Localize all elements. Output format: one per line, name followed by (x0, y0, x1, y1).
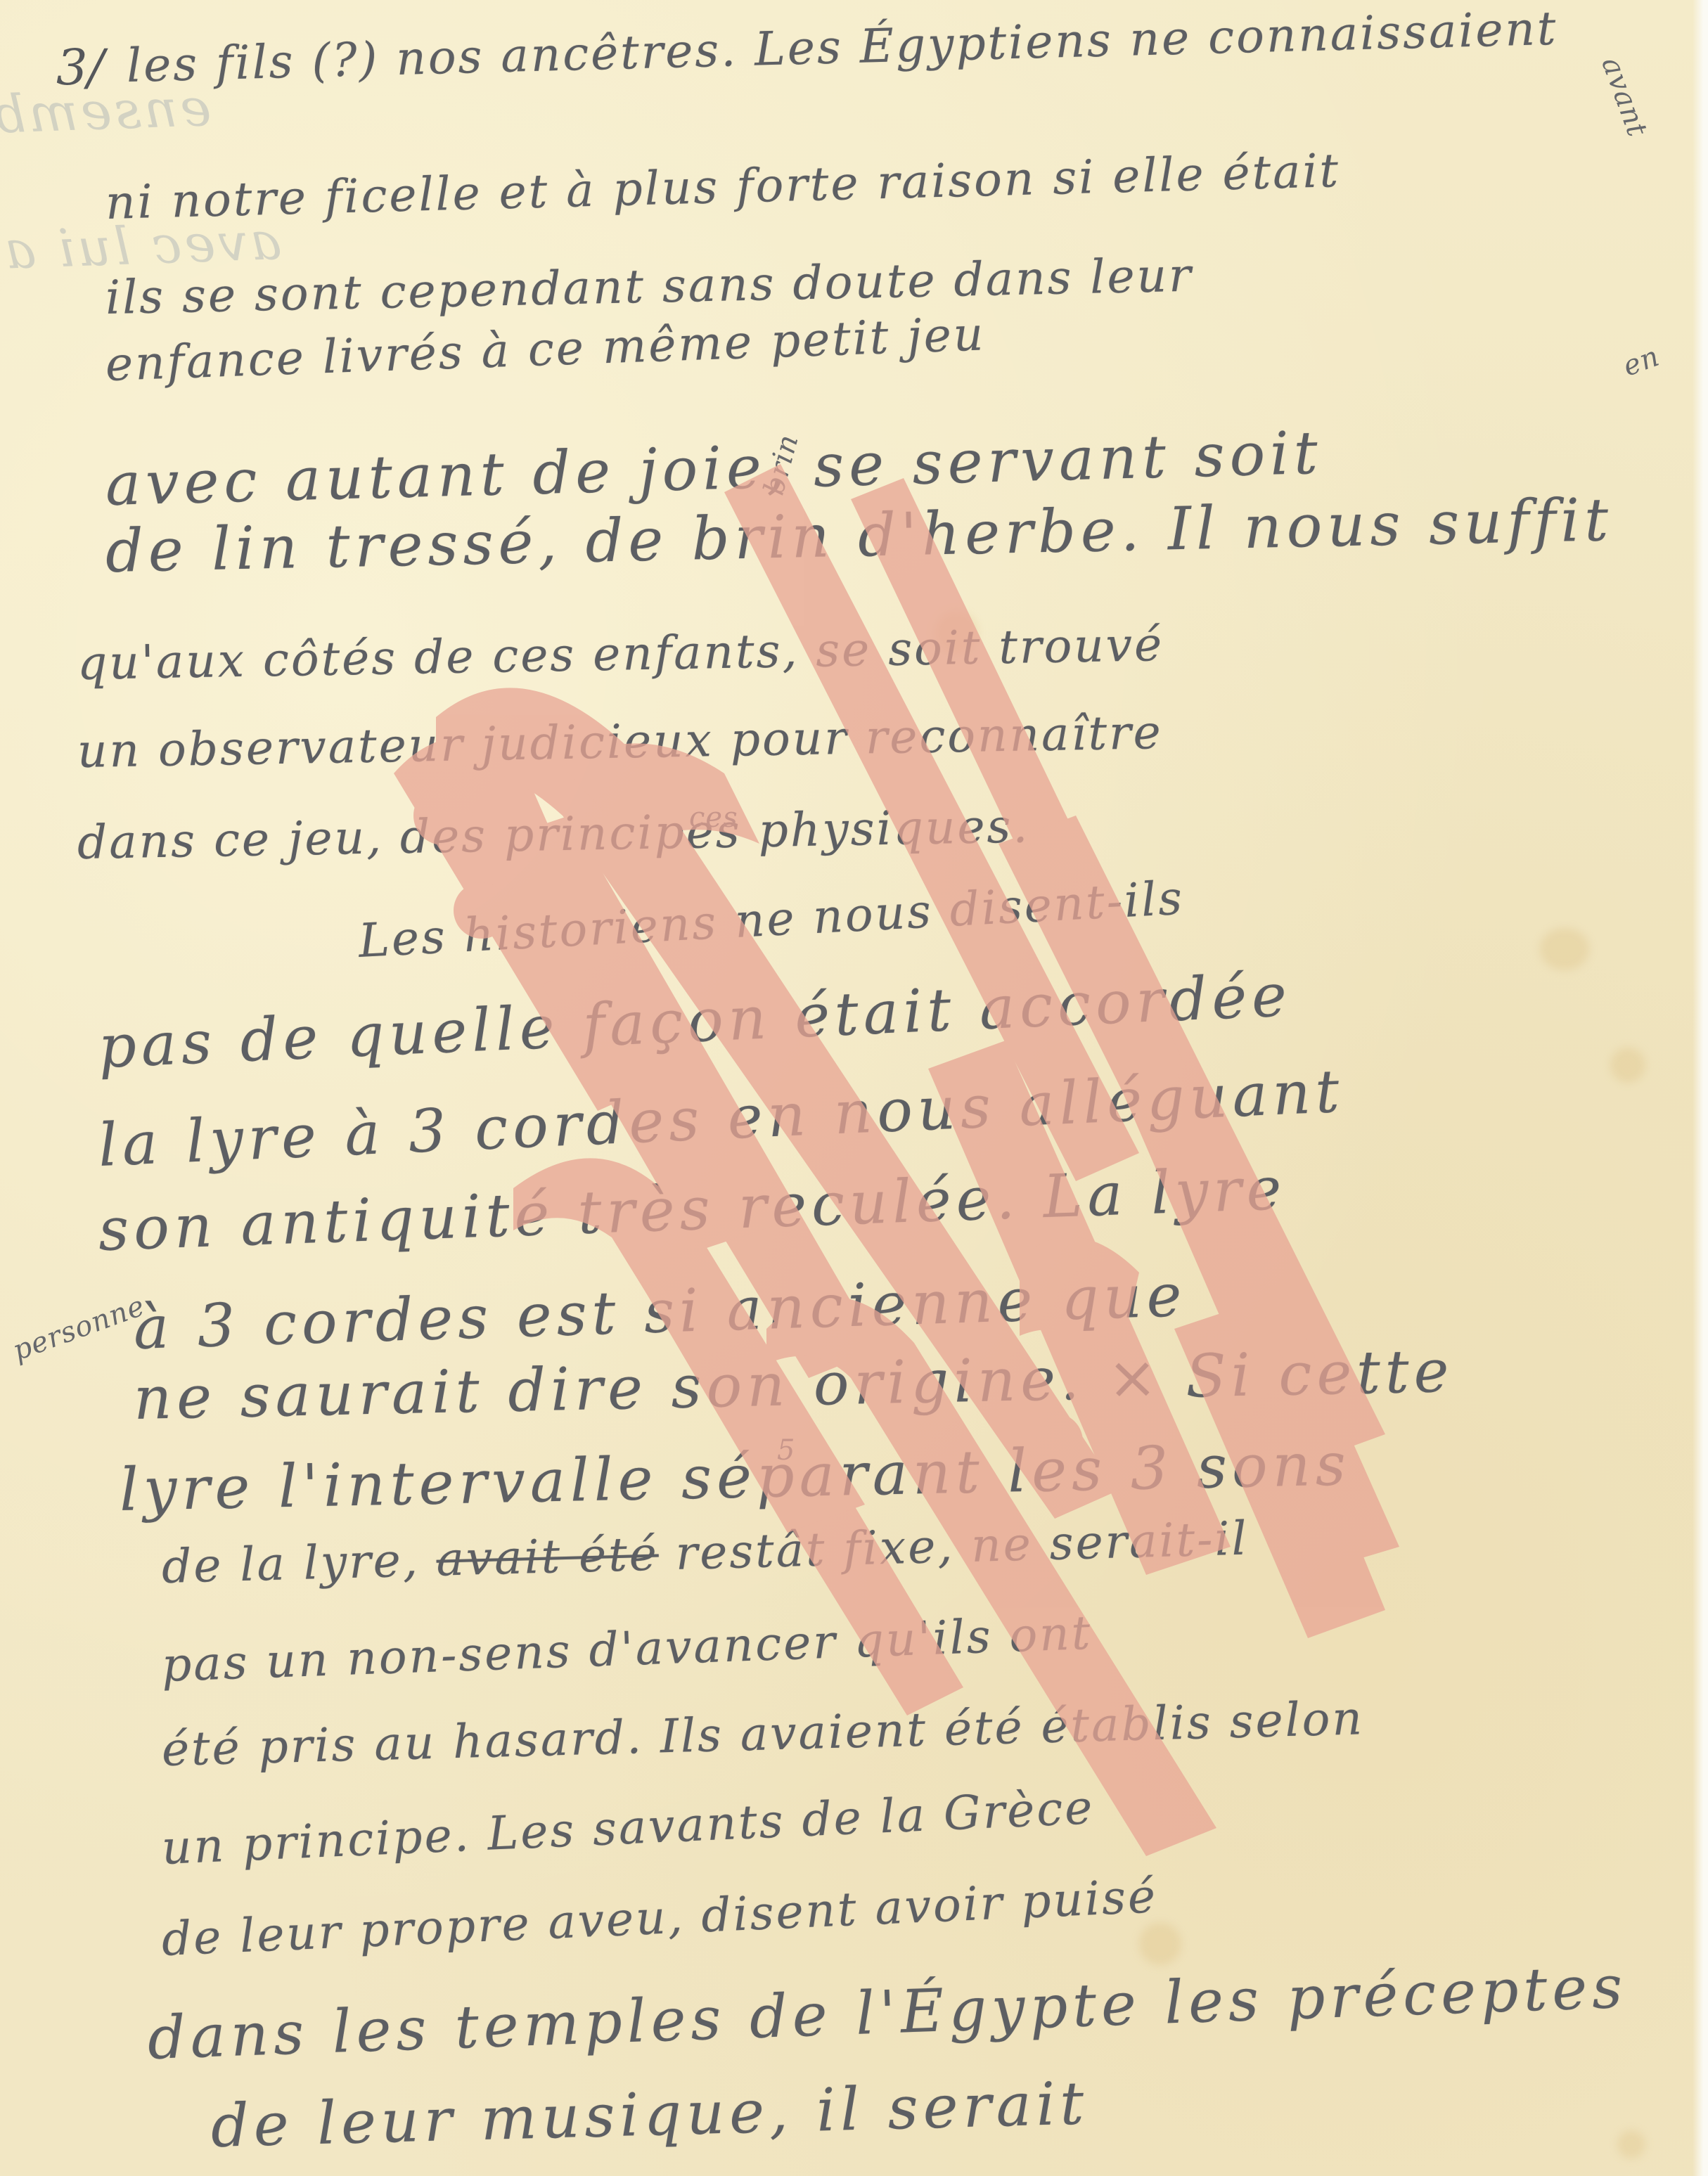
handwritten-line: pas de quelle façon était accordée (97, 960, 1293, 1081)
handwritten-line: un principe. Les savants de la Grèce (160, 1780, 1095, 1875)
handwritten-line: lyre l'intervalle séparant les 3 sons (119, 1429, 1351, 1524)
handwritten-line: pas un non-sens d'avancer qu'ils ont (161, 1606, 1093, 1692)
paper-stain (1139, 1923, 1181, 1965)
handwritten-line: qu'aux côtés de ces enfants, se soit tro… (77, 617, 1164, 690)
handwritten-line: été pris au hasard. Ils avaient été étab… (161, 1691, 1365, 1777)
handwritten-line: de leur musique, il serait (210, 2068, 1090, 2161)
handwritten-line: Les historiens ne nous disent-ils (357, 871, 1186, 968)
handwritten-line: ni notre ficelle et à plus forte raison … (105, 143, 1341, 230)
margin-note: personne (8, 1289, 149, 1367)
paper-stain (1540, 928, 1589, 970)
paper-stain (1610, 1048, 1645, 1083)
paper-edge (1693, 0, 1708, 2176)
margin-note: avant (1595, 53, 1653, 141)
handwritten-line: les fils (?) nos ancêtres. Les Égyptiens… (126, 1, 1558, 93)
paper-stain (1617, 2130, 1645, 2158)
margin-note: 5 (777, 1434, 795, 1467)
page-number: 3/ (56, 39, 104, 96)
handwritten-line: dans les temples de l'Égypte les précept… (146, 1952, 1628, 2073)
handwritten-line: de la lyre, avait été restât fixe, ne se… (161, 1512, 1250, 1594)
handwritten-line: de leur propre aveu, disent avoir puisé (160, 1869, 1158, 1966)
margin-note: ces (689, 801, 738, 834)
manuscript-page: ensemble vive aux jeux avec lui au centr… (0, 0, 1708, 2176)
handwritten-line: un observateur judicieux pour reconnaîtr… (77, 705, 1163, 778)
handwritten-line: dans ce jeu, des principes physiques. (77, 799, 1030, 870)
margin-note: en (1619, 340, 1664, 383)
